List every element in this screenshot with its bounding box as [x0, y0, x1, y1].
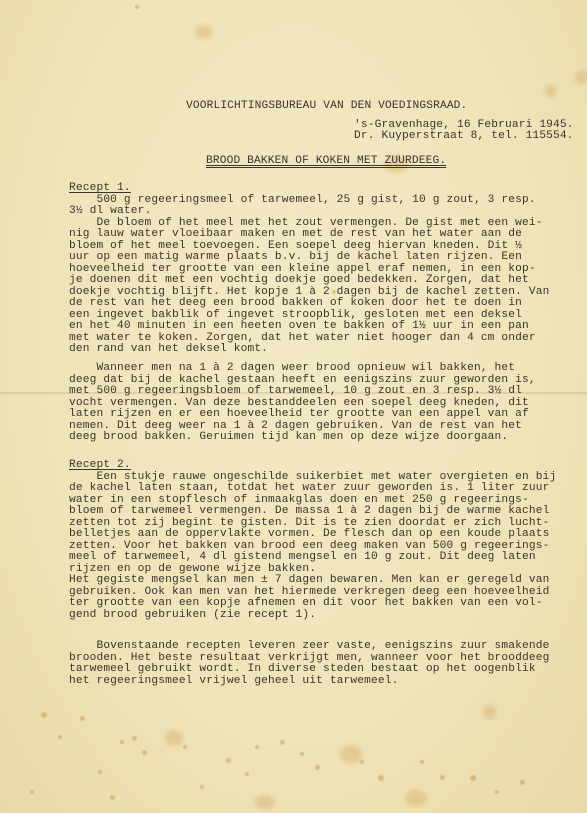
text-line: meel of tarwemeel, 4 dl gistend mengsel …	[69, 552, 536, 564]
text-line: laten rijzen en er een hoeveelheid ter g…	[69, 409, 529, 421]
text-line: den rand van het deksel komt.	[69, 344, 268, 356]
text-line: tarwemeel gebruikt wordt. In diverse ste…	[69, 664, 536, 676]
text-line: Wanneer men na 1 à 2 dagen weer brood op…	[69, 363, 515, 375]
recipe-1-heading: Recept 1.	[69, 183, 131, 195]
text-line: nig lauw water vloeibaar maken en met de…	[69, 229, 522, 241]
address-line: Dr. Kuyperstraat 8, tel. 115554.	[354, 131, 574, 143]
text-line: met 500 g regeeringsbloem of tarwemeel, …	[69, 386, 522, 398]
text-line: uur op een matig warme plaats b.v. bij d…	[69, 252, 522, 264]
text-line: Bovenstaande recepten leveren zeer vaste…	[69, 641, 549, 653]
text-line: deeg brood bakken. Geruimen tijd kan men…	[69, 432, 508, 444]
text-line: het regeeringsmeel vrijwel geheel uit ta…	[69, 676, 398, 688]
text-line: je doenen dit met een vochtig doekje goe…	[69, 275, 529, 287]
document-title: BROOD BAKKEN OF KOKEN MET ZUURDEEG.	[206, 156, 446, 168]
text-line: belletjes aan de oppervlakte vormen. De …	[69, 529, 549, 541]
text-line: Het gegiste mengsel kan men ± 7 dagen be…	[69, 575, 549, 587]
organization-heading: VOORLICHTINGSBUREAU VAN DEN VOEDINGSRAAD…	[186, 101, 467, 113]
text-line: bloem of tarwemeel vermengen. De massa 1…	[69, 506, 549, 518]
text-line: de rest van het deeg een brood bakken of…	[69, 298, 522, 310]
text-line: gend brood gebruiken (zie recept 1).	[69, 610, 316, 622]
text-line: 3½ dl water.	[69, 206, 151, 218]
text-line: de kachel laten staan, totdat het water …	[69, 483, 549, 495]
text-line: ter grootte van een kopje afnemen en dit…	[69, 598, 543, 610]
text-line: en het 40 minuten in een heeten oven te …	[69, 321, 529, 333]
recipe-2-heading: Recept 2.	[69, 460, 131, 472]
